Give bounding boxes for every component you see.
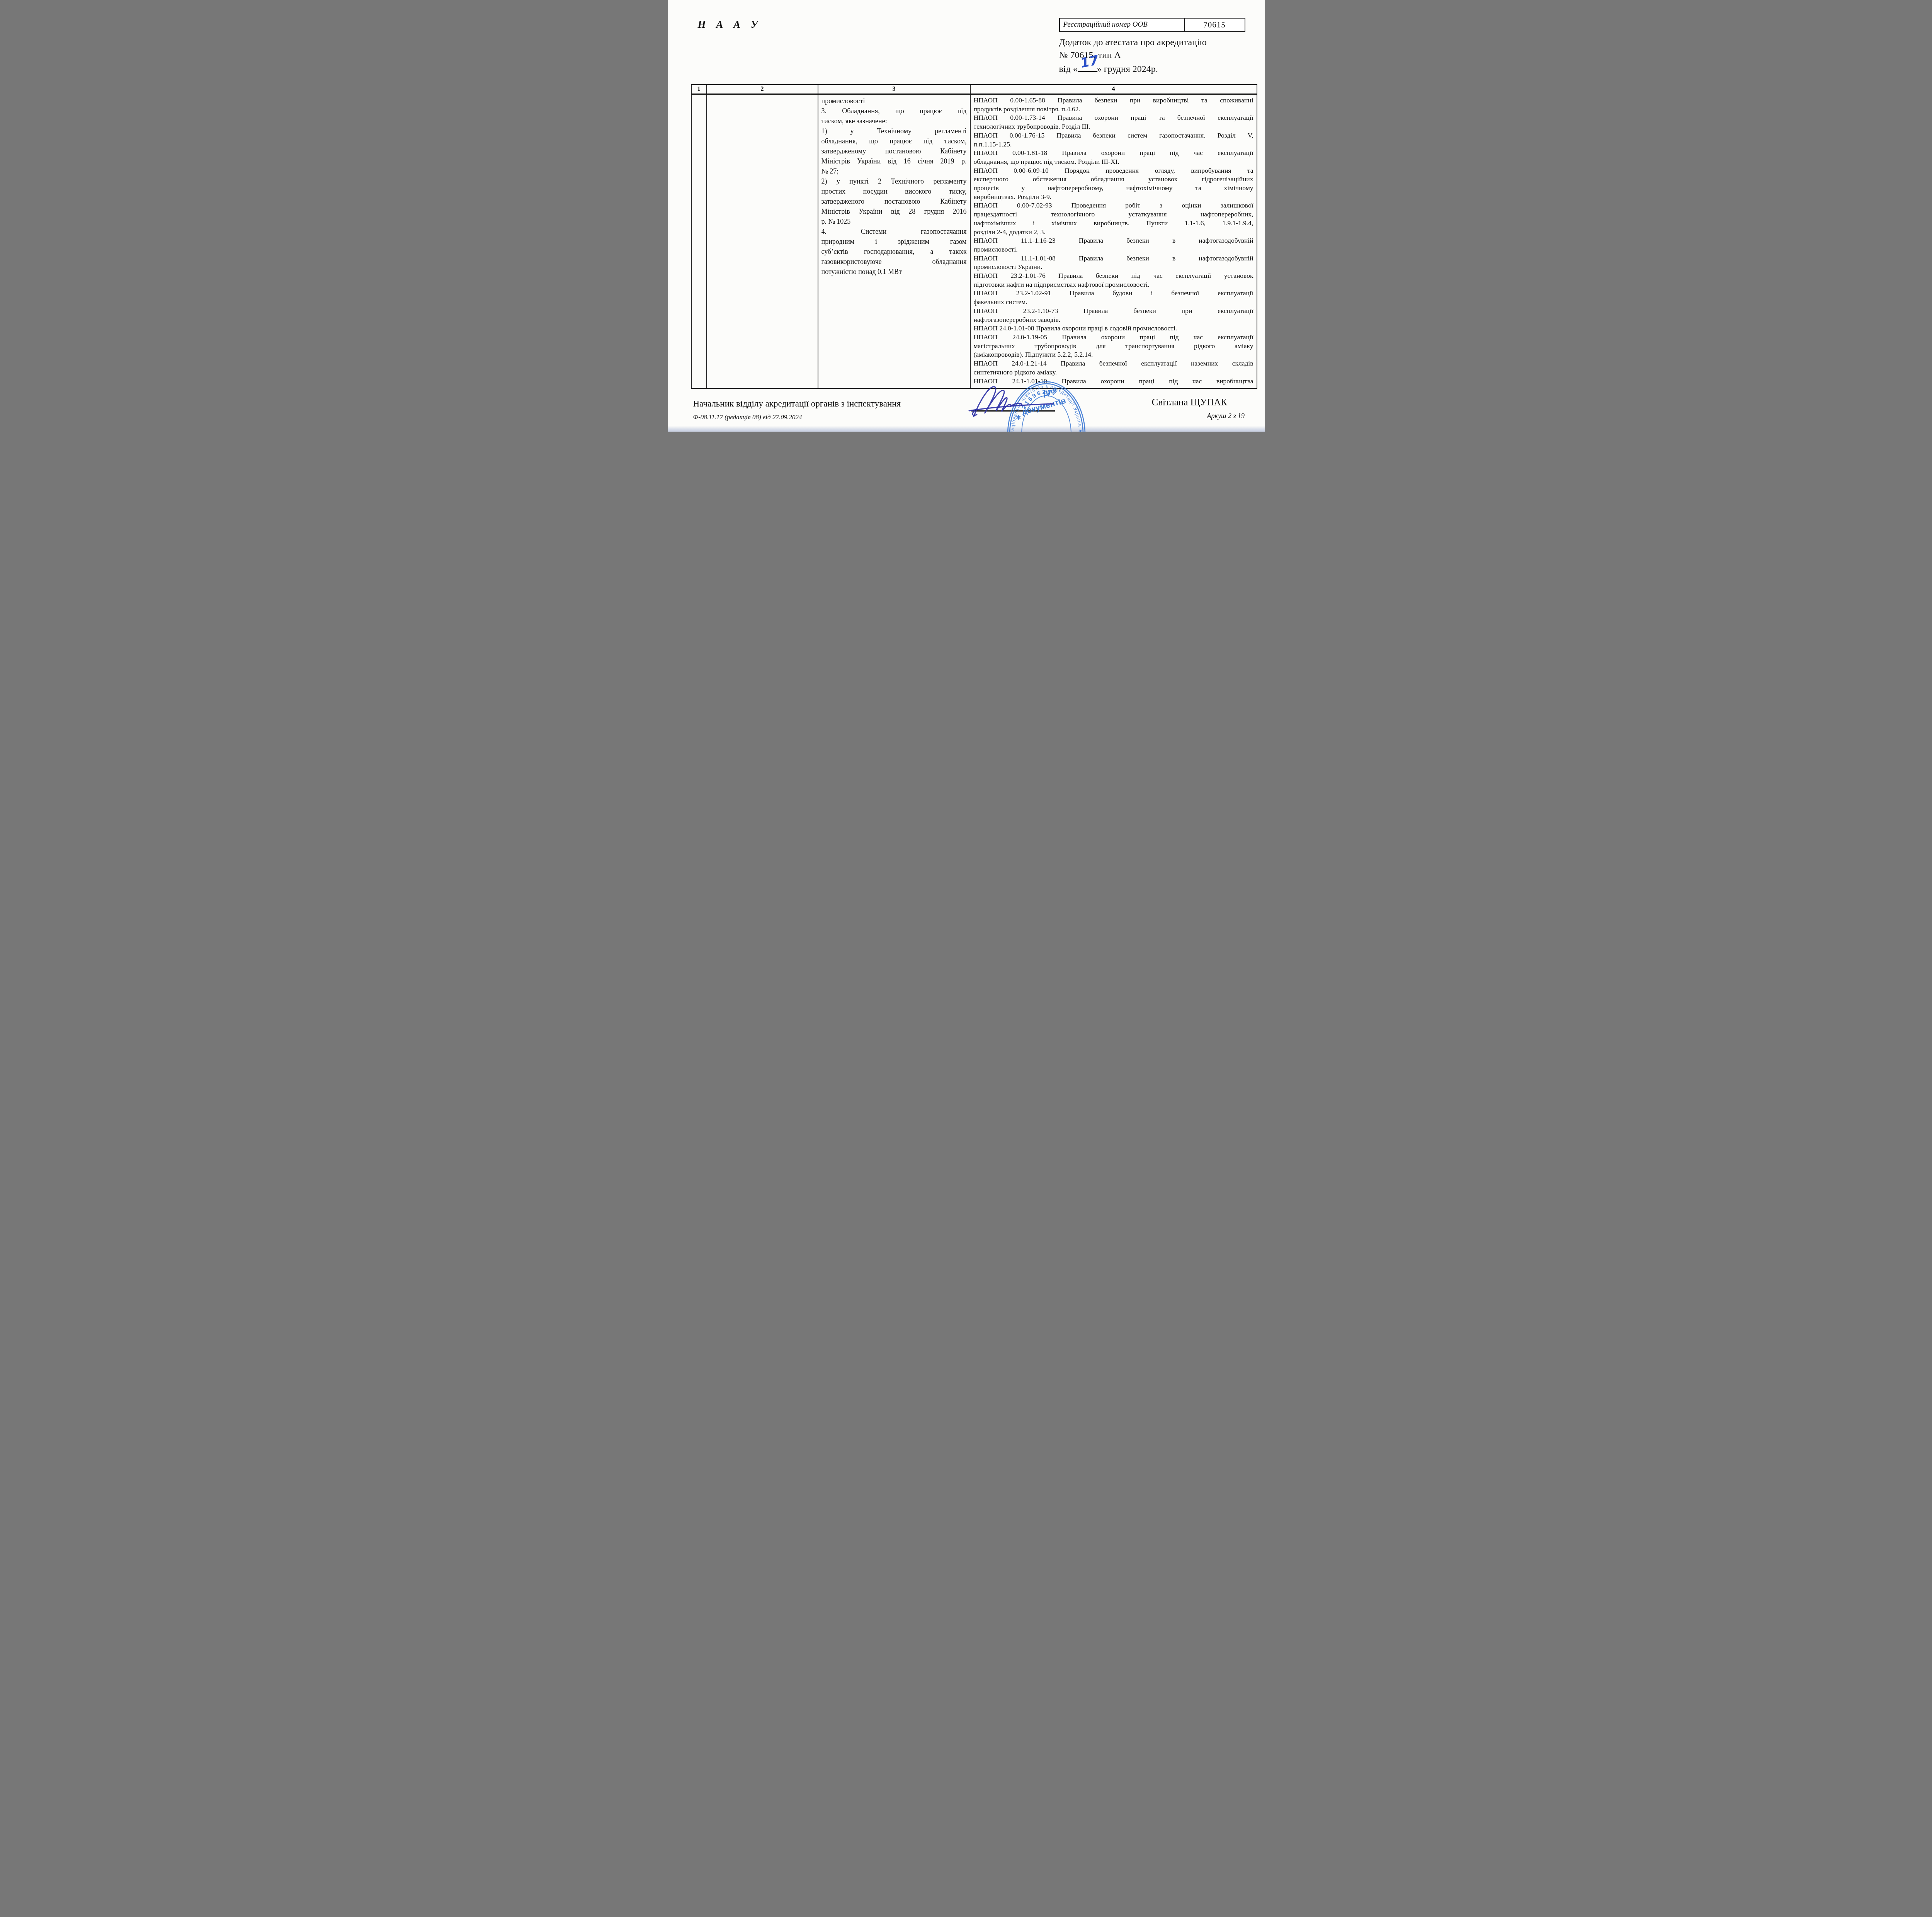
text-line: НПАОП 23.2-1.10-73 Правила безпеки при е… [974, 306, 1253, 315]
paragraph: НПАОП 23.2-1.01-76 Правила безпеки під ч… [974, 271, 1253, 289]
text-line: працездатності технологічного устаткуван… [974, 210, 1253, 219]
text-line: потужністю понад 0,1 МВт [821, 267, 967, 277]
date-suffix: » грудня 2024р. [1097, 64, 1158, 74]
text-line: суб’єктів господарювання, а також [821, 247, 967, 257]
text-line: НПАОП 24.0-1.21-14 Правила безпечної екс… [974, 359, 1253, 368]
paragraph: промисловості [821, 96, 967, 106]
paragraph: НПАОП 0.00-7.02-93 Проведення робіт з оц… [974, 201, 1253, 236]
text-line: процесів у нафтопереробному, нафтохімічн… [974, 184, 1253, 192]
paragraph: НПАОП 24.0-1.01-08 Правила охорони праці… [974, 324, 1253, 333]
form-code: Ф-08.11.17 (редакція 08) від 27.09.2024 [693, 413, 802, 421]
signatory-name: Світлана ЩУПАК [1152, 397, 1228, 408]
scan-edge-strip [668, 426, 1265, 432]
scope-text: промисловості3. Обладнання, що працює пі… [821, 96, 967, 386]
text-line: Міністрів України від 28 грудня 2016 [821, 206, 967, 216]
text-line: НПАОП 0.00-1.65-88 Правила безпеки при в… [974, 96, 1253, 105]
text-line: затвердженого постановою Кабінету [821, 196, 967, 206]
col-header-4: 4 [970, 85, 1257, 94]
text-line: НПАОП 0.00-6.09-10 Порядок проведення ог… [974, 166, 1253, 175]
paragraph: 4. Системи газопостачанняприродним і зрі… [821, 226, 967, 277]
text-line: нафтохімічних і хімічних виробництв. Пун… [974, 219, 1253, 228]
paragraph: НПАОП 0.00-1.76-15 Правила безпеки систе… [974, 131, 1253, 148]
text-line: № 27; [821, 166, 967, 176]
text-line: затвердженому постановою Кабінету [821, 146, 967, 156]
title-line-1: Додаток до атестата про акредитацію [1059, 36, 1207, 49]
text-line: НПАОП 23.2-1.02-91 Правила будови і безп… [974, 289, 1253, 298]
text-line: НПАОП 11.1-1.01-08 Правила безпеки в наф… [974, 254, 1253, 263]
text-line: обладнання, що працює під тиском. Розділ… [974, 157, 1253, 166]
text-line: виробництвах. Розділи 3-9. [974, 192, 1253, 201]
cell-col4-standards: НПАОП 0.00-1.65-88 Правила безпеки при в… [970, 94, 1257, 389]
col-header-2: 2 [707, 85, 818, 94]
signatory-position: Начальник відділу акредитації органів з … [693, 399, 901, 409]
table-row: промисловості3. Обладнання, що працює пі… [691, 94, 1257, 389]
text-line: розділи 2-4, додатки 2, 3. [974, 228, 1253, 236]
col-header-1: 1 [691, 85, 707, 94]
text-line: підготовки нафти на підприємствах нафтов… [974, 280, 1253, 289]
text-line: 2) у пункті 2 Технічного регламенту [821, 176, 967, 186]
paragraph: НПАОП 0.00-1.65-88 Правила безпеки при в… [974, 96, 1253, 113]
paragraph: НПАОП 11.1-1.16-23 Правила безпеки в наф… [974, 236, 1253, 253]
standards-list: НПАОП 0.00-1.65-88 Правила безпеки при в… [974, 96, 1253, 386]
text-line: НПАОП 23.2-1.01-76 Правила безпеки під ч… [974, 271, 1253, 280]
text-line: НПАОП 24.0-1.01-08 Правила охорони праці… [974, 324, 1253, 333]
signature-stroke-main [974, 387, 1022, 417]
text-line: НПАОП 0.00-7.02-93 Проведення робіт з оц… [974, 201, 1253, 210]
date-prefix: від « [1059, 64, 1078, 74]
paragraph: НПАОП 23.2-1.02-91 Правила будови і безп… [974, 289, 1253, 306]
text-line: п.п.1.15-1.25. [974, 140, 1253, 149]
cell-col1-empty [691, 94, 707, 389]
text-line: НПАОП 0.00-1.73-14 Правила охорони праці… [974, 113, 1253, 122]
text-line: НПАОП 24.0-1.19-05 Правила охорони праці… [974, 333, 1253, 342]
text-line: 4. Системи газопостачання [821, 226, 967, 236]
text-line: НПАОП 0.00-1.81-18 Правила охорони праці… [974, 148, 1253, 157]
paragraph: НПАОП 24.0-1.21-14 Правила безпечної екс… [974, 359, 1253, 376]
cell-col2-empty [707, 94, 818, 389]
paragraph: НПАОП 0.00-1.81-18 Правила охорони праці… [974, 148, 1253, 166]
text-line: продуктів розділення повітря. п.4.62. [974, 105, 1253, 114]
text-line: обладнання, що працює під тиском, [821, 136, 967, 146]
registration-number: 70615 [1185, 19, 1245, 31]
text-line: нафтогазопереробних заводів. [974, 315, 1253, 324]
paragraph: НПАОП 11.1-1.01-08 Правила безпеки в наф… [974, 254, 1253, 271]
sheet-number: Аркуш 2 з 19 [1207, 412, 1245, 420]
text-line: 3. Обладнання, що працює під [821, 106, 967, 116]
text-line: факельних систем. [974, 298, 1253, 306]
paragraph: НПАОП 24.0-1.19-05 Правила охорони праці… [974, 333, 1253, 359]
paragraph: НПАОП 23.2-1.10-73 Правила безпеки при е… [974, 306, 1253, 324]
title-block: Додаток до атестата про акредитацію № 70… [1059, 36, 1207, 76]
text-line: газовикористовуюче обладнання [821, 257, 967, 267]
text-line: Міністрів України від 16 січня 2019 р. [821, 156, 967, 166]
text-line: НПАОП 0.00-1.76-15 Правила безпеки систе… [974, 131, 1253, 140]
text-line: експертного обстеження обладнання устано… [974, 175, 1253, 184]
document-page: Н А А У Реєстраційний номер ООВ 70615 До… [668, 0, 1265, 432]
naau-logo: Н А А У [698, 19, 762, 31]
col-header-3: 3 [818, 85, 970, 94]
handwritten-signature [965, 381, 1062, 423]
text-line: простих посудин високого тиску, [821, 186, 967, 196]
text-line: технологічних трубопроводів. Розділ III. [974, 122, 1253, 131]
registration-table: Реєстраційний номер ООВ 70615 [1059, 18, 1245, 32]
text-line: промисловості [821, 96, 967, 106]
paragraph: 3. Обладнання, що працює підтиском, яке … [821, 106, 967, 126]
registration-label: Реєстраційний номер ООВ [1060, 19, 1185, 31]
text-line: природним і зрідженим газом [821, 236, 967, 247]
text-line: р. № 1025 [821, 216, 967, 226]
date-line: від «17» грудня 2024р. [1059, 62, 1207, 76]
handwritten-day: 17 [1079, 54, 1100, 70]
cell-col3-scope: промисловості3. Обладнання, що працює пі… [818, 94, 970, 389]
text-line: промисловості. [974, 245, 1253, 254]
text-line: НПАОП 11.1-1.16-23 Правила безпеки в наф… [974, 236, 1253, 245]
paragraph: НПАОП 0.00-1.73-14 Правила охорони праці… [974, 113, 1253, 131]
accreditation-scope-table: 1 2 3 4 промисловості3. Обладнання, що п… [691, 84, 1257, 389]
table-header-row: 1 2 3 4 [691, 85, 1257, 94]
paragraph: 1) у Технічному регламентіобладнання, що… [821, 126, 967, 176]
date-blank-underline: 17 [1078, 62, 1097, 72]
text-line: тиском, яке зазначене: [821, 116, 967, 126]
paragraph: 2) у пункті 2 Технічного регламентупрост… [821, 176, 967, 226]
text-line: промисловості України. [974, 262, 1253, 271]
text-line: (аміакопроводів). Підпункти 5.2.2, 5.2.1… [974, 350, 1253, 359]
text-line: магістральних трубопроводів для транспор… [974, 342, 1253, 350]
paragraph: НПАОП 0.00-6.09-10 Порядок проведення ог… [974, 166, 1253, 201]
text-line: 1) у Технічному регламенті [821, 126, 967, 136]
